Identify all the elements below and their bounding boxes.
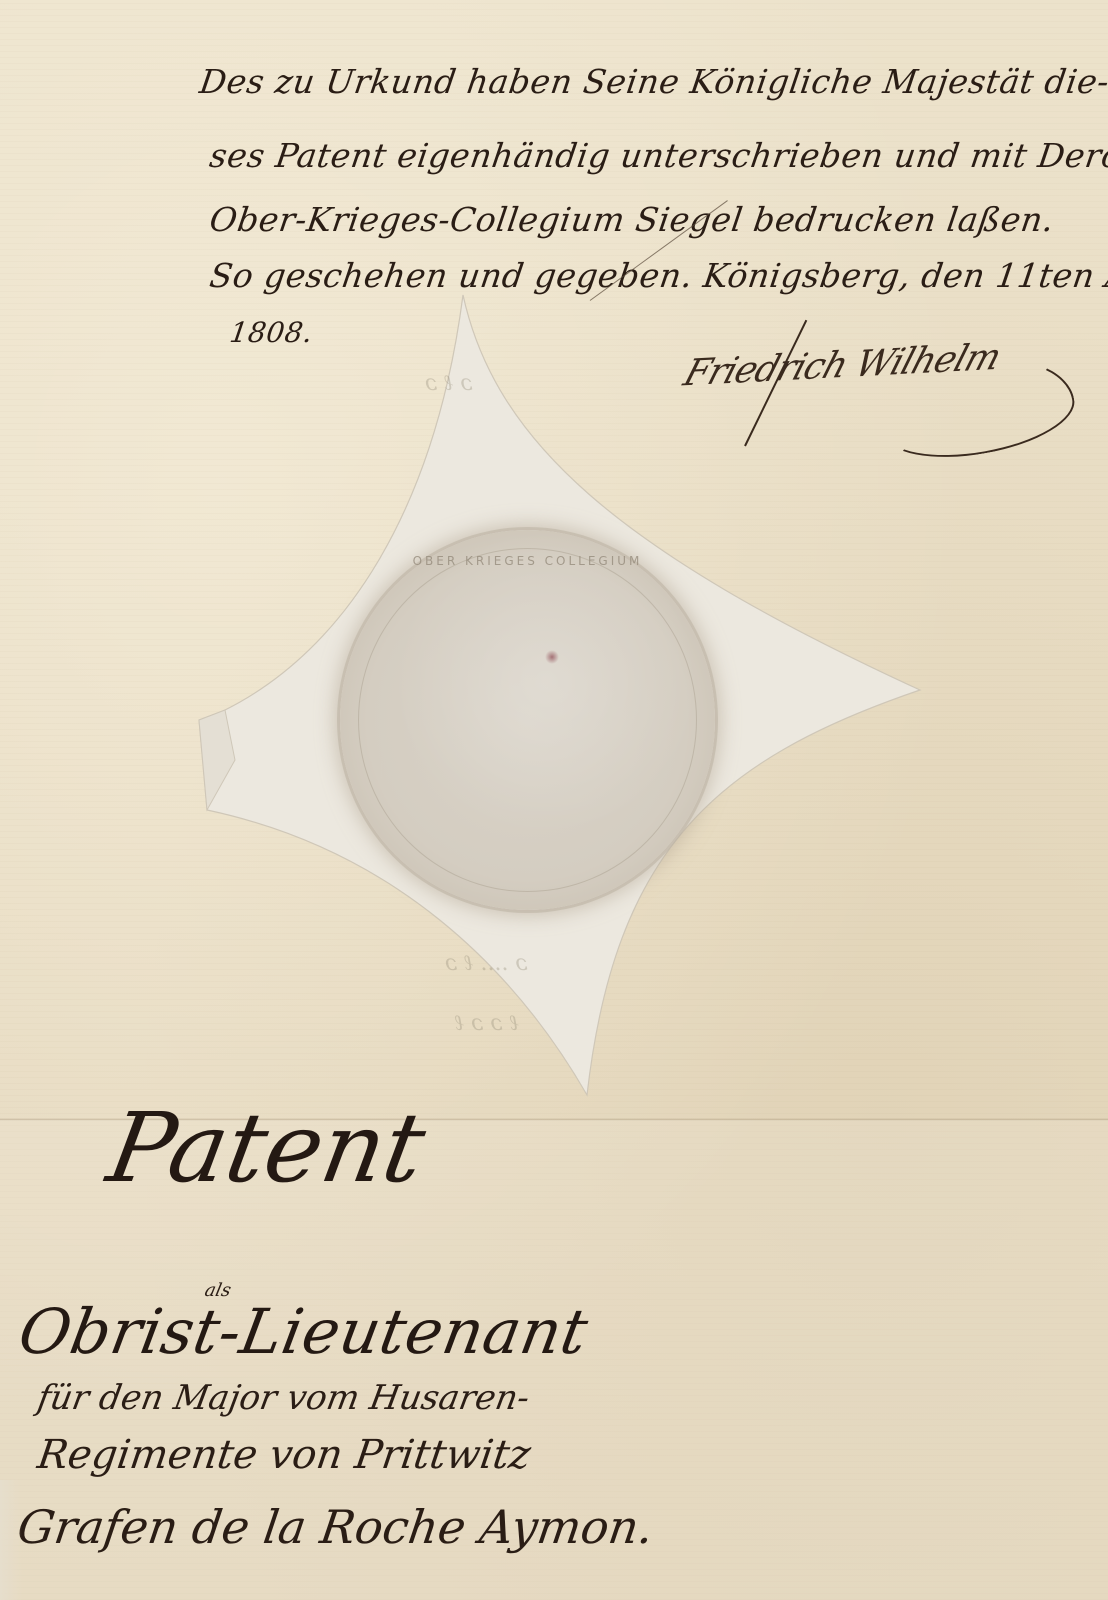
paper-edge-wear bbox=[0, 1480, 22, 1600]
seal-legend: OBER KRIEGES COLLEGIUM bbox=[340, 554, 715, 568]
seal-paper-ghost-writing: ɔ ℓ ɔ bbox=[425, 370, 473, 396]
rank-title: Obrist-Lieutenant bbox=[14, 1295, 594, 1368]
body-line-3: Ober-Krieges-Collegium Siegel bedrucken … bbox=[207, 200, 1056, 239]
body-line-2: ses Patent eigenhändig unterschrieben un… bbox=[207, 136, 1108, 175]
patent-heading-text: Patent bbox=[100, 1092, 433, 1204]
wax-seal: OBER KRIEGES COLLEGIUM bbox=[340, 530, 715, 910]
seal-rim bbox=[358, 548, 697, 892]
body-line-1: Des zu Urkund haben Seine Königliche Maj… bbox=[197, 62, 1108, 101]
seal-paper-ghost-writing: ɔ .... ℓ ɔ bbox=[445, 950, 528, 976]
seal-stain bbox=[545, 650, 559, 664]
manuscript-page: ℓ ɔ ɔ ∫ ℓ ɔ ɔ ℓ ɔ ɔ ∫ ℓ ɔ ℓ ɔ ℓ ∫ ɔ ℓ ɔ … bbox=[0, 0, 1108, 1600]
patent-heading: Patent bbox=[102, 1100, 432, 1196]
recipient-line-2: Regimente von Prittwitz bbox=[35, 1432, 534, 1478]
recipient-line-1: für den Major vom Husaren- bbox=[34, 1378, 532, 1418]
seal-paper-ghost-writing: ℓ ɔ ɔ ℓ bbox=[455, 1010, 519, 1036]
recipient-name: Grafen de la Roche Aymon. bbox=[14, 1500, 657, 1554]
